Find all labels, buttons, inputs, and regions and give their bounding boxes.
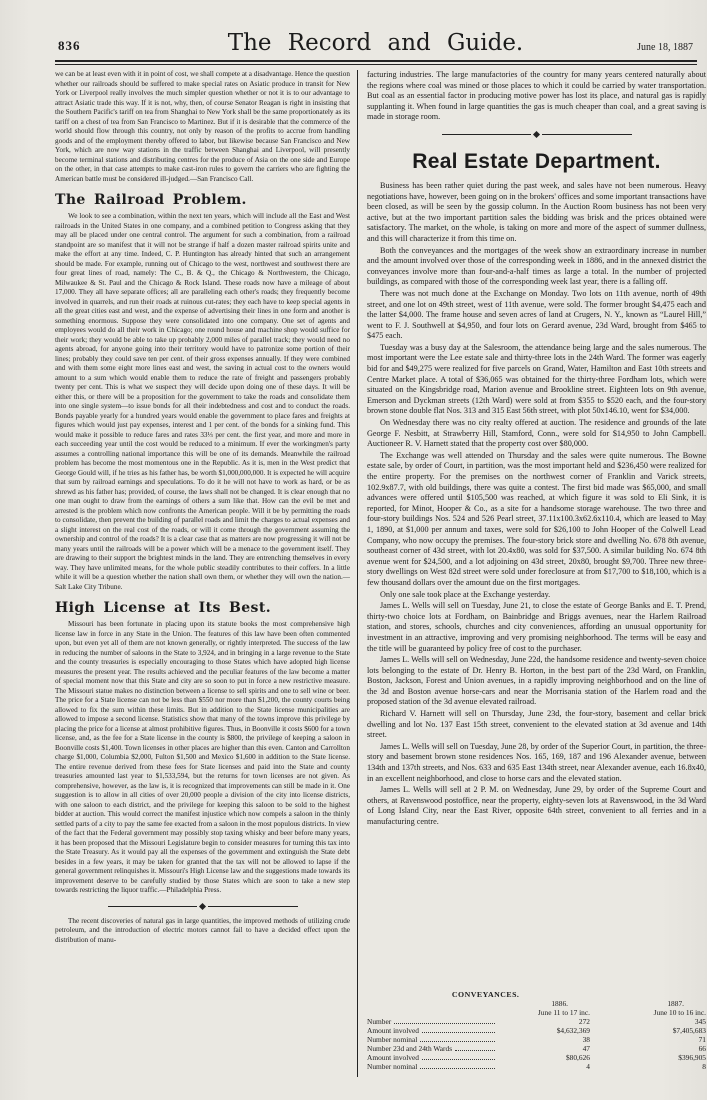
article-paragraph: Only one sale took place at the Exchange… <box>367 590 706 601</box>
value-1886: $4,632,369 <box>498 1026 590 1035</box>
article-paragraph: Missouri has been fortunate in placing u… <box>55 620 350 896</box>
value-1886: 47 <box>498 1044 590 1053</box>
article-paragraph: The Exchange was well attended on Thursd… <box>367 451 706 589</box>
article-paragraph: Both the conveyances and the mortgages o… <box>367 246 706 288</box>
value-1887: 345 <box>590 1017 706 1026</box>
department-heading: Real Estate Department. <box>367 150 706 174</box>
row-label: Number nominal <box>367 1062 417 1071</box>
leader-dots <box>455 1050 495 1051</box>
leader-dots <box>420 1068 495 1069</box>
row-label: Number nominal <box>367 1035 417 1044</box>
col-header-year: 1886. <box>498 999 590 1008</box>
article-paragraph: facturing industries. The large manufact… <box>367 70 706 123</box>
conveyances-title: CONVEYANCES. <box>367 990 604 999</box>
page-number: 836 <box>58 38 168 54</box>
conveyances-column-headers: 1886.June 11 to 17 inc.1887.June 10 to 1… <box>367 999 706 1017</box>
col-header-range: June 10 to 16 inc. <box>590 1008 706 1017</box>
leader-dots <box>420 1041 495 1042</box>
section-divider <box>108 904 298 909</box>
left-column: we can be at least even with it in point… <box>55 70 357 1077</box>
article-paragraph: James L. Wells will sell on Wednesday, J… <box>367 655 706 708</box>
article-paragraph: On Wednesday there was no city realty of… <box>367 418 706 450</box>
conveyances-col-header: 1886.June 11 to 17 inc. <box>498 999 590 1017</box>
value-1887: 8 <box>590 1062 706 1071</box>
row-label: Amount involved <box>367 1026 419 1035</box>
newspaper-page: 836 The Record and Guide. June 18, 1887 … <box>0 0 707 1100</box>
section-divider <box>442 132 632 137</box>
diamond-ornament <box>533 131 540 138</box>
right-column: facturing industries. The large manufact… <box>357 70 707 1077</box>
leader-dots <box>394 1023 495 1024</box>
leader-dots <box>422 1059 495 1060</box>
conveyances-row: Number 23d and 24th Wards4766 <box>367 1044 706 1053</box>
conveyances-col-header: 1887.June 10 to 16 inc. <box>590 999 706 1017</box>
conveyances-table: CONVEYANCES.1886.June 11 to 17 inc.1887.… <box>367 990 706 1077</box>
article-paragraph: James L. Wells will sell on Tuesday, Jun… <box>367 742 706 784</box>
value-1887: 71 <box>590 1035 706 1044</box>
issue-date: June 18, 1887 <box>583 42 693 53</box>
article-paragraph: James L. Wells will sell on Tuesday, Jun… <box>367 601 706 654</box>
conveyances-row: Amount involved$4,632,369$7,405,683 <box>367 1026 706 1035</box>
article-paragraph: Tuesday was a busy day at the Salesroom,… <box>367 343 706 417</box>
article-heading: The Railroad Problem. <box>55 192 350 208</box>
diamond-ornament <box>199 902 206 909</box>
value-1887: $396,905 <box>590 1053 706 1062</box>
article-paragraph: James L. Wells will sell at 2 P. M. on W… <box>367 785 706 827</box>
value-1887: 66 <box>590 1044 706 1053</box>
masthead: 836 The Record and Guide. June 18, 1887 <box>0 0 707 59</box>
newspaper-title: The Record and Guide. <box>168 30 583 56</box>
row-label: Number 23d and 24th Wards <box>367 1044 452 1053</box>
article-paragraph: There was not much done at the Exchange … <box>367 289 706 342</box>
value-1886: 4 <box>498 1062 590 1071</box>
article-paragraph: The recent discoveries of natural gas in… <box>55 917 350 946</box>
article-heading: High License at Its Best. <box>55 600 350 616</box>
conveyances-row: Number nominal3871 <box>367 1035 706 1044</box>
value-1886: $80,626 <box>498 1053 590 1062</box>
article-paragraph: We look to see a combination, within the… <box>55 212 350 592</box>
value-1886: 38 <box>498 1035 590 1044</box>
col-header-year: 1887. <box>590 999 706 1008</box>
article-paragraph: Richard V. Harnett will sell on Thursday… <box>367 709 706 741</box>
article-paragraph: we can be at least even with it in point… <box>55 70 350 184</box>
conveyances-row: Amount involved$80,626$396,905 <box>367 1053 706 1062</box>
leader-dots <box>422 1032 495 1033</box>
row-label: Amount involved <box>367 1053 419 1062</box>
col-header-range: June 11 to 17 inc. <box>498 1008 590 1017</box>
column-container: we can be at least even with it in point… <box>0 65 707 1077</box>
value-1887: $7,405,683 <box>590 1026 706 1035</box>
conveyances-row: Number272345 <box>367 1017 706 1026</box>
row-label: Number <box>367 1017 391 1026</box>
conveyances-row: Number nominal48 <box>367 1062 706 1071</box>
article-paragraph: Business has been rather quiet during th… <box>367 181 706 245</box>
value-1886: 272 <box>498 1017 590 1026</box>
